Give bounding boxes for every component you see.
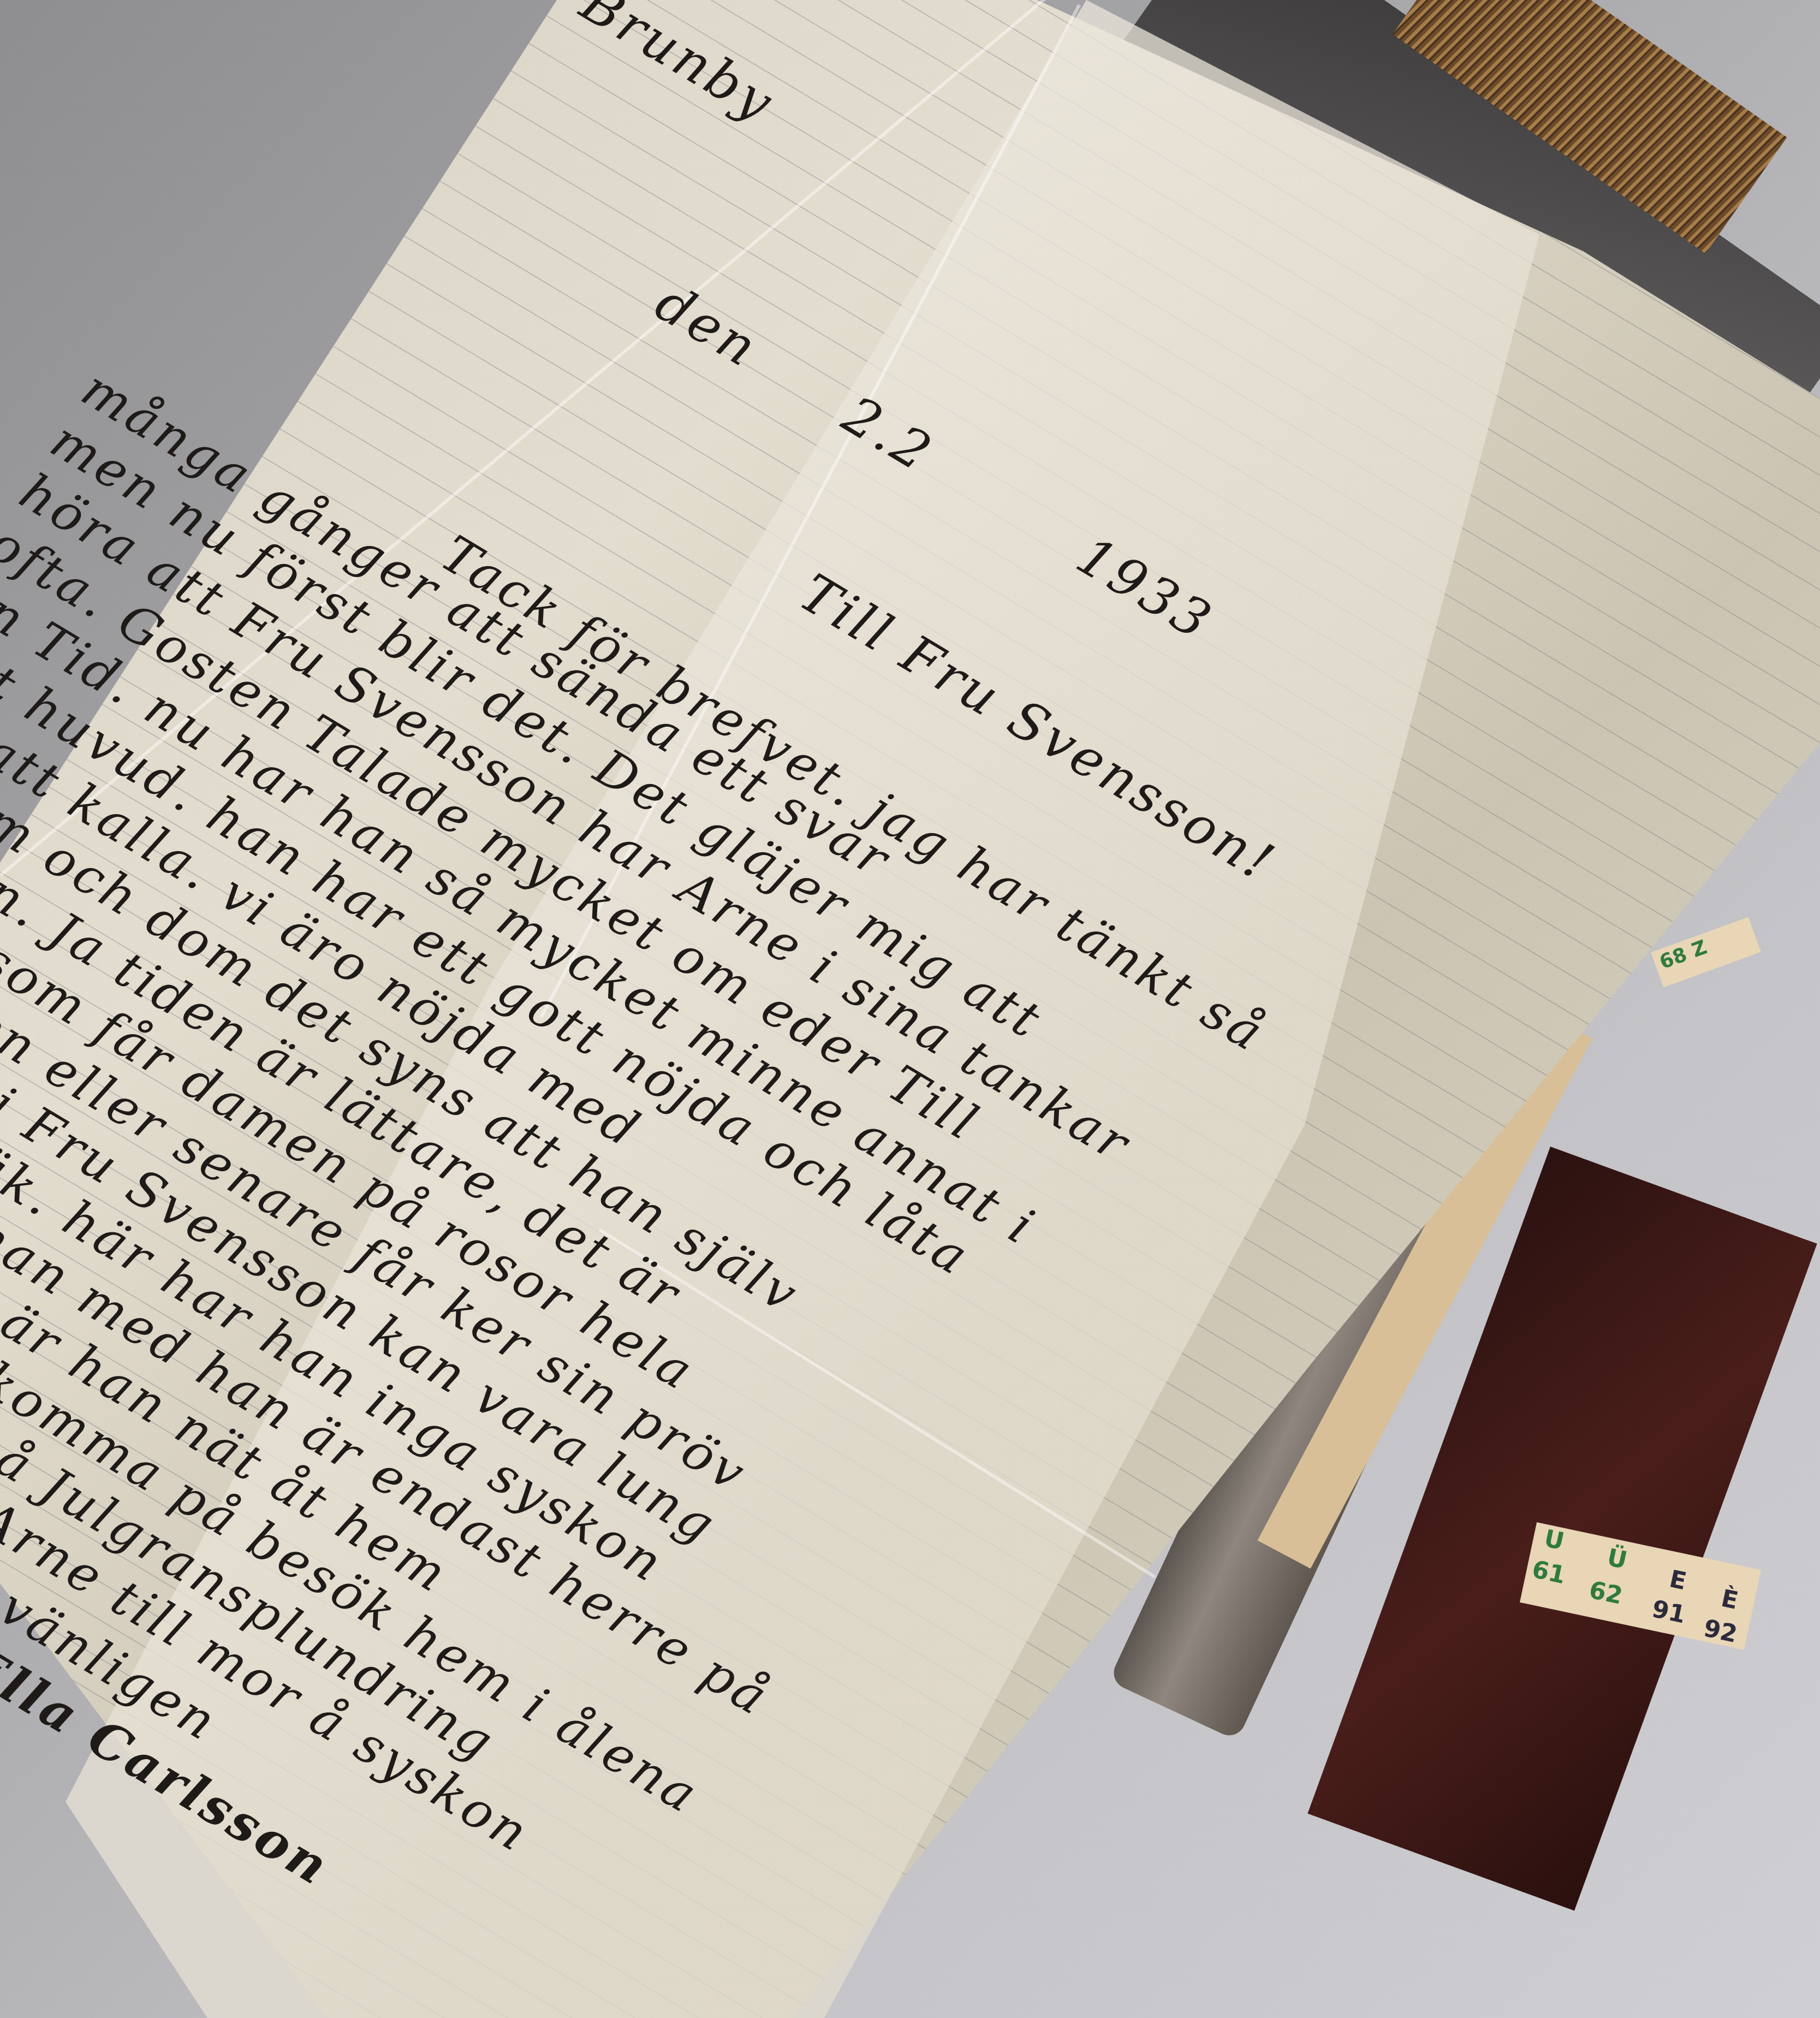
tab-number: 91 — [1650, 1595, 1688, 1629]
tab-number: 68 — [1657, 943, 1690, 974]
tab-letter: Ü — [1604, 1544, 1629, 1575]
tab-number: 92 — [1701, 1614, 1739, 1648]
tab-number: 61 — [1530, 1556, 1568, 1590]
tab-letter: Z — [1689, 936, 1710, 962]
tab-number: 62 — [1586, 1576, 1625, 1610]
tab-letter: È — [1718, 1584, 1740, 1615]
tab-letter: U — [1542, 1524, 1567, 1556]
tab-letter: E — [1667, 1565, 1689, 1595]
